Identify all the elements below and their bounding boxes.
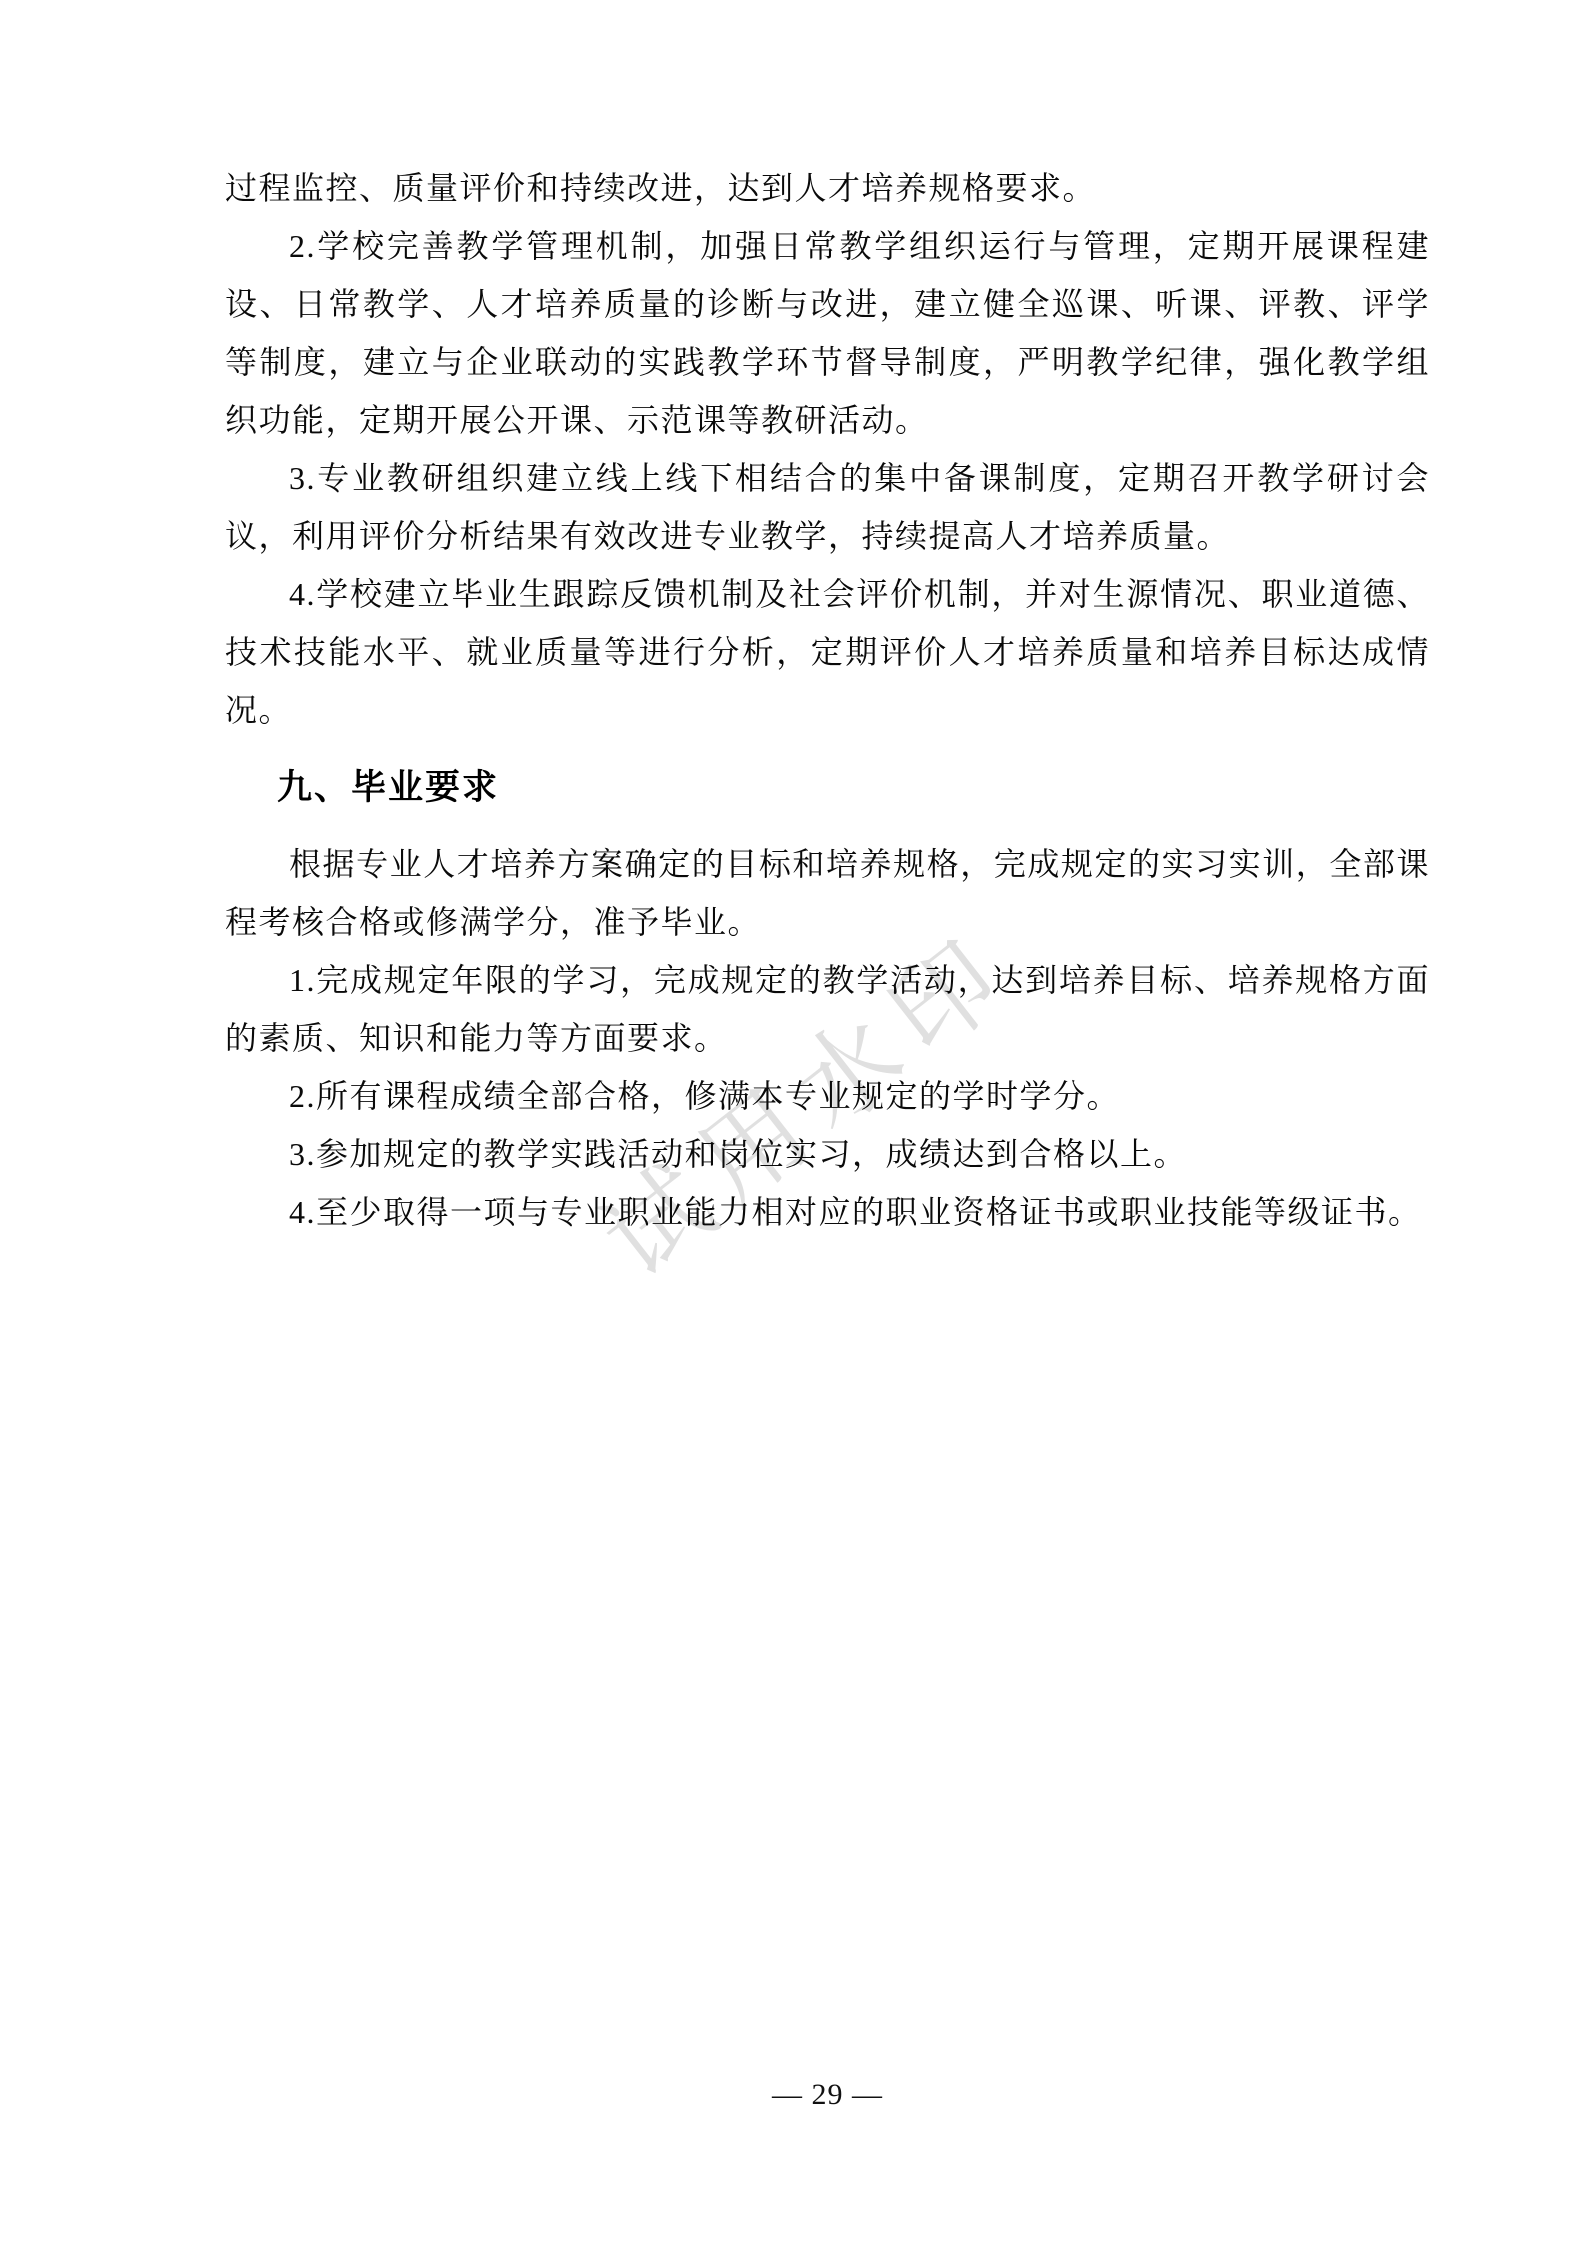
paragraph-graduation-requirement-2: 2.所有课程成绩全部合格，修满本专业规定的学时学分。 — [225, 1067, 1430, 1125]
document-page: 试用水印 过程监控、质量评价和持续改进，达到人才培养规格要求。 2.学校完善教学… — [0, 0, 1587, 2245]
paragraph-graduation-requirement-4: 4.至少取得一项与专业职业能力相对应的职业资格证书或职业技能等级证书。 — [225, 1183, 1430, 1241]
paragraph-teaching-research-item-3: 3.专业教研组织建立线上线下相结合的集中备课制度，定期召开教学研讨会议，利用评价… — [225, 449, 1430, 565]
paragraph-teaching-management-item-2: 2.学校完善教学管理机制，加强日常教学组织运行与管理，定期开展课程建设、日常教学… — [225, 217, 1430, 449]
paragraph-graduation-requirement-3: 3.参加规定的教学实践活动和岗位实习，成绩达到合格以上。 — [225, 1125, 1430, 1183]
paragraph-graduation-intro: 根据专业人才培养方案确定的目标和培养规格，完成规定的实习实训，全部课程考核合格或… — [225, 835, 1430, 951]
paragraph-graduation-requirement-1: 1.完成规定年限的学习，完成规定的教学活动，达到培养目标、培养规格方面的素质、知… — [225, 951, 1430, 1067]
document-content: 过程监控、质量评价和持续改进，达到人才培养规格要求。 2.学校完善教学管理机制，… — [0, 0, 1587, 1241]
paragraph-quality-monitoring-continuation: 过程监控、质量评价和持续改进，达到人才培养规格要求。 — [225, 159, 1430, 217]
section-heading-graduation-requirements: 九、毕业要求 — [225, 763, 1430, 813]
paragraph-graduate-feedback-item-4: 4.学校建立毕业生跟踪反馈机制及社会评价机制，并对生源情况、职业道德、技术技能水… — [225, 565, 1430, 739]
page-number: — 29 — — [225, 2078, 1430, 2112]
